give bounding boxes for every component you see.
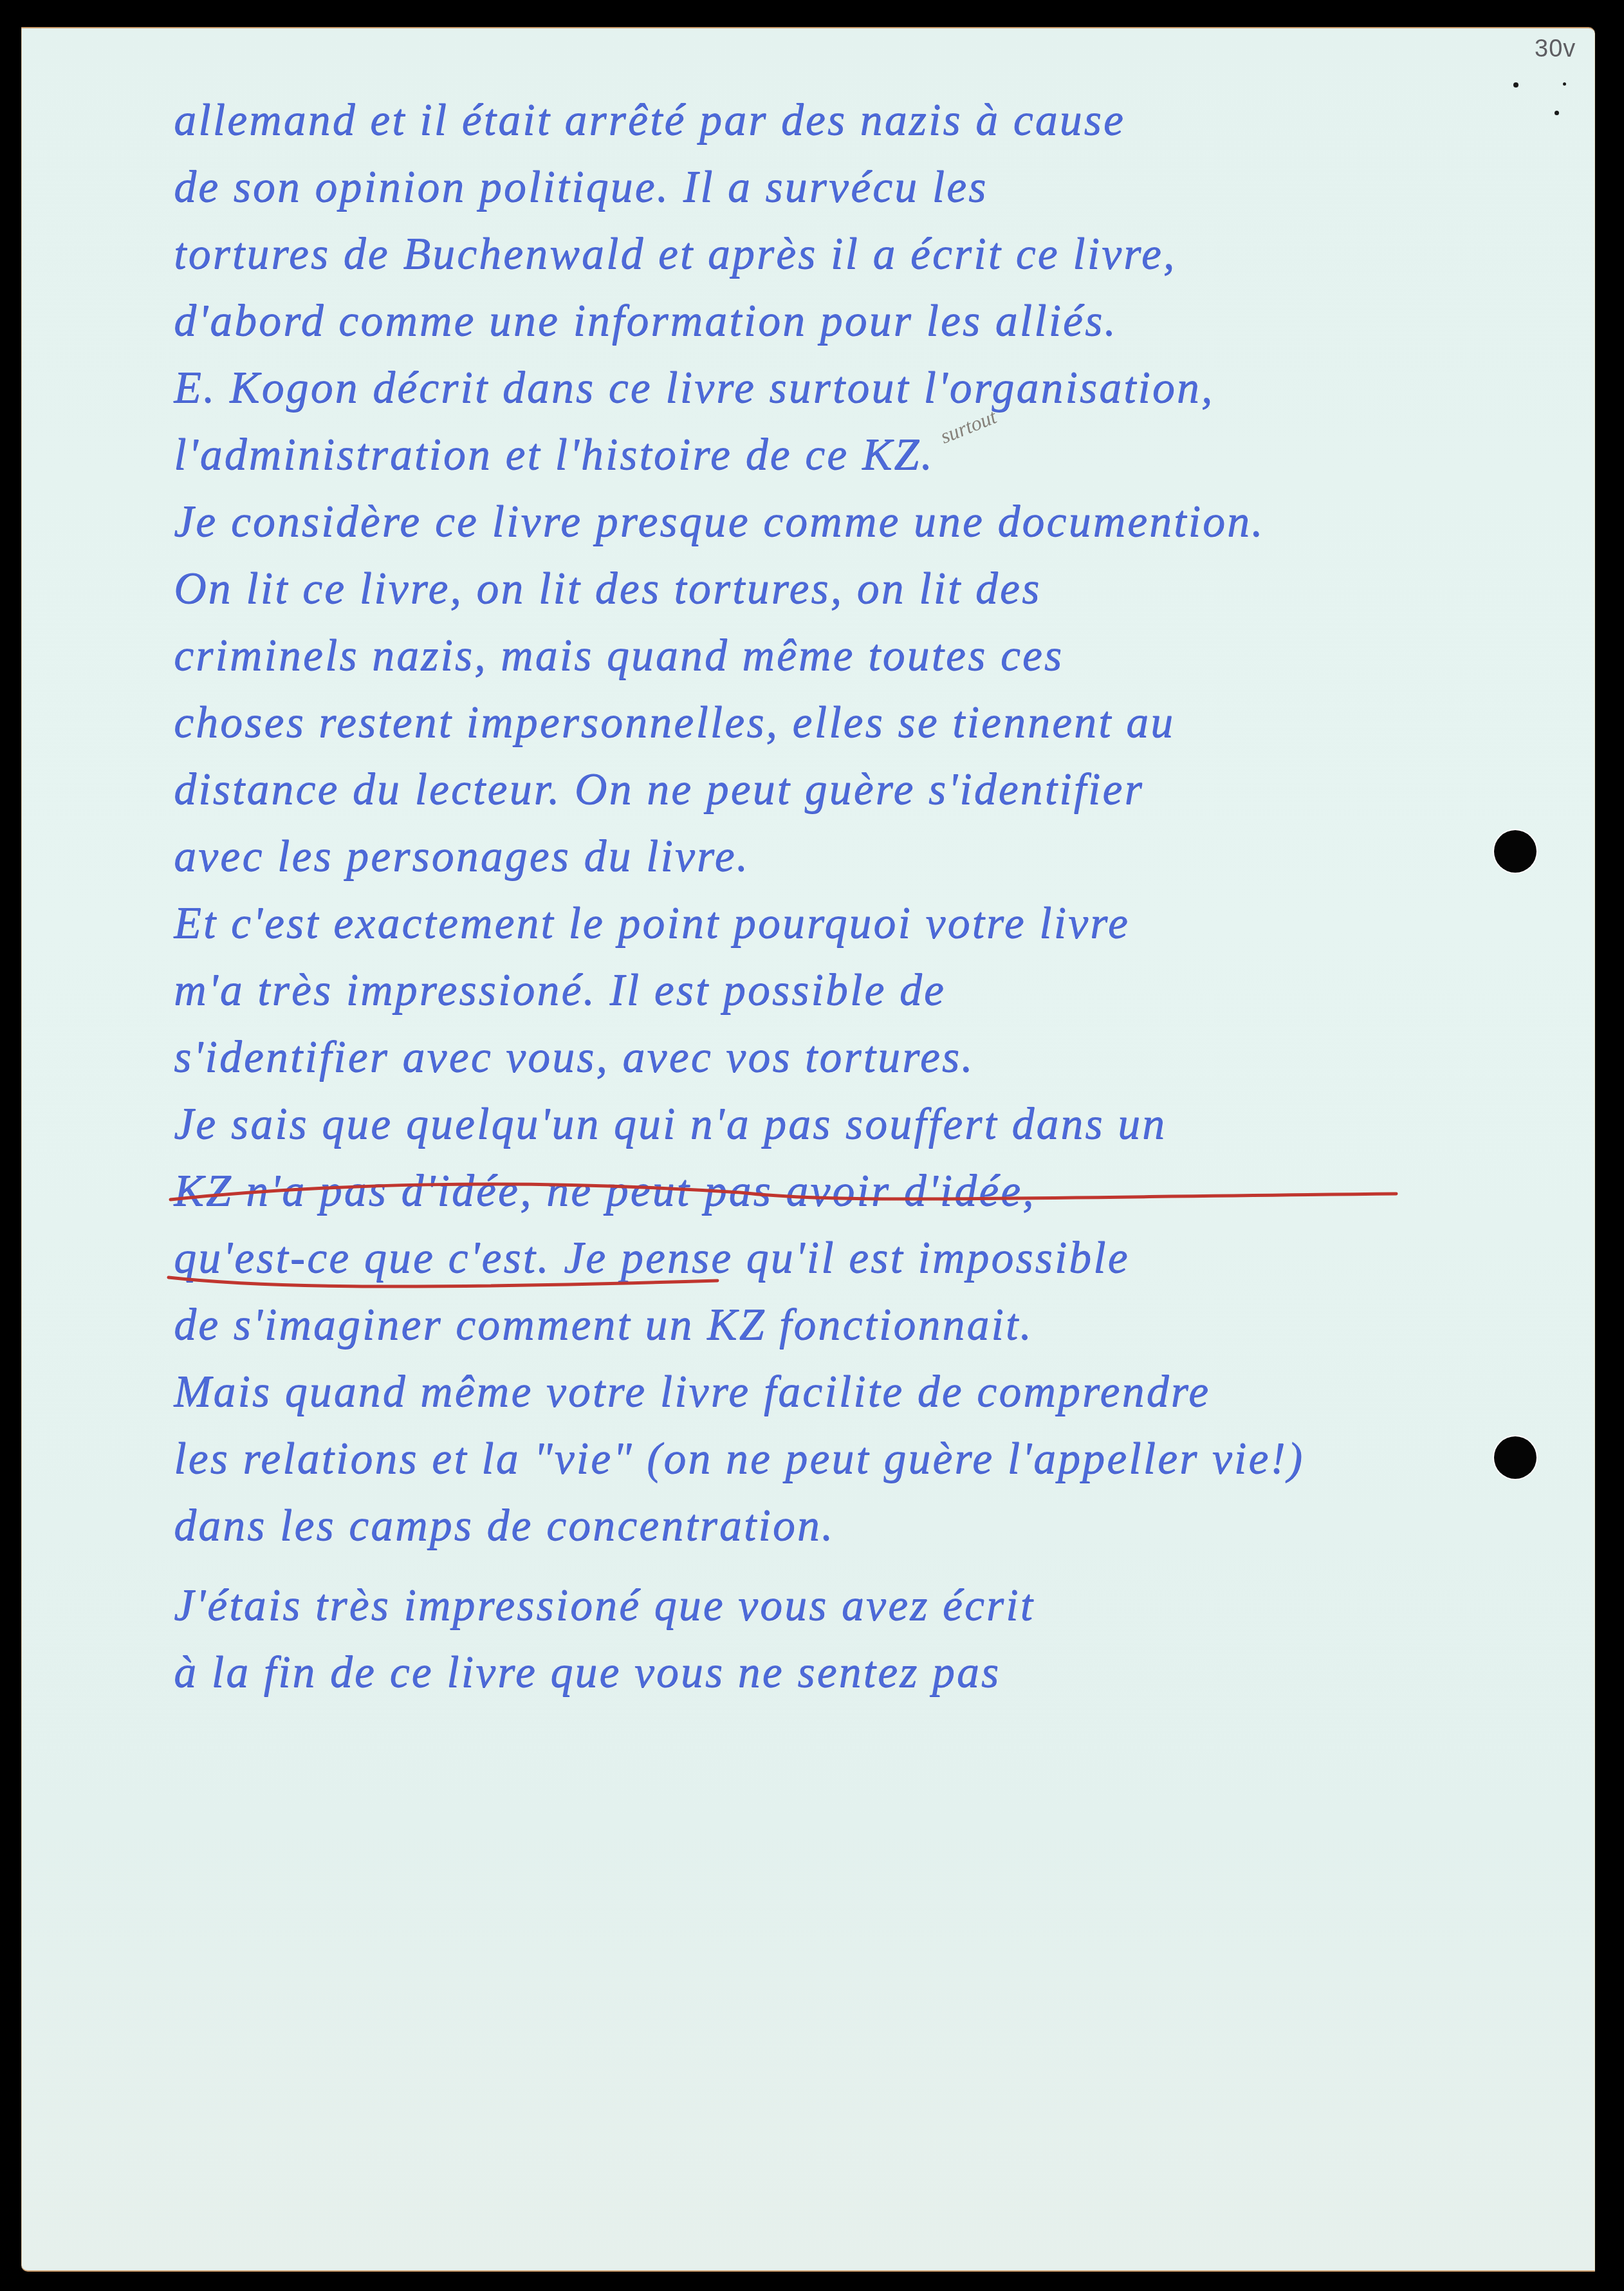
text-line: avec les personages du livre. <box>174 823 1486 890</box>
text-line: choses restent impersonnelles, elles se … <box>174 689 1486 756</box>
punch-hole-lower <box>1494 1436 1536 1479</box>
text-line: l'administration et l'histoire de ce KZ. <box>174 422 1486 488</box>
punch-hole-upper <box>1494 830 1536 873</box>
text-line: E. Kogon décrit dans ce livre surtout l'… <box>174 355 1486 422</box>
pin-mark <box>1563 82 1566 86</box>
text-line: dans les camps de concentration. <box>174 1492 1486 1559</box>
letter-body: allemand et il était arrêté par des nazi… <box>174 87 1486 1706</box>
pin-mark <box>1513 82 1518 88</box>
text-line: Je considère ce livre presque comme une … <box>174 488 1486 555</box>
text-line: J'étais très impressioné que vous avez é… <box>174 1572 1486 1639</box>
text-line: On lit ce livre, on lit des tortures, on… <box>174 555 1486 622</box>
text-line: de s'imaginer comment un KZ fonctionnait… <box>174 1292 1486 1359</box>
text-line: les relations et la "vie" (on ne peut gu… <box>174 1425 1486 1492</box>
text-line: Mais quand même votre livre facilite de … <box>174 1359 1486 1425</box>
text-line: à la fin de ce livre que vous ne sentez … <box>174 1639 1486 1706</box>
text-line: qu'est-ce que c'est. Je pense qu'il est … <box>174 1225 1486 1292</box>
text-line: d'abord comme une information pour les a… <box>174 288 1486 355</box>
text-line-underlined: m'a très impressioné. Il est possible de <box>174 957 1486 1024</box>
text-line: tortures de Buchenwald et après il a écr… <box>174 221 1486 288</box>
text-line: de son opinion politique. Il a survécu l… <box>174 154 1486 221</box>
text-line: allemand et il était arrêté par des nazi… <box>174 87 1486 154</box>
pin-mark <box>1555 111 1559 115</box>
text-line: Je sais que quelqu'un qui n'a pas souffe… <box>174 1091 1486 1158</box>
text-line-underlined: Et c'est exactement le point pourquoi vo… <box>174 890 1486 957</box>
text-line: criminels nazis, mais quand même toutes … <box>174 622 1486 689</box>
text-line: s'identifier avec vous, avec vos torture… <box>174 1024 1486 1091</box>
text-line: distance du lecteur. On ne peut guère s'… <box>174 756 1486 823</box>
folio-number: 30v <box>1535 35 1576 63</box>
text-line: KZ n'a pas d'idée, ne peut pas avoir d'i… <box>174 1158 1486 1225</box>
